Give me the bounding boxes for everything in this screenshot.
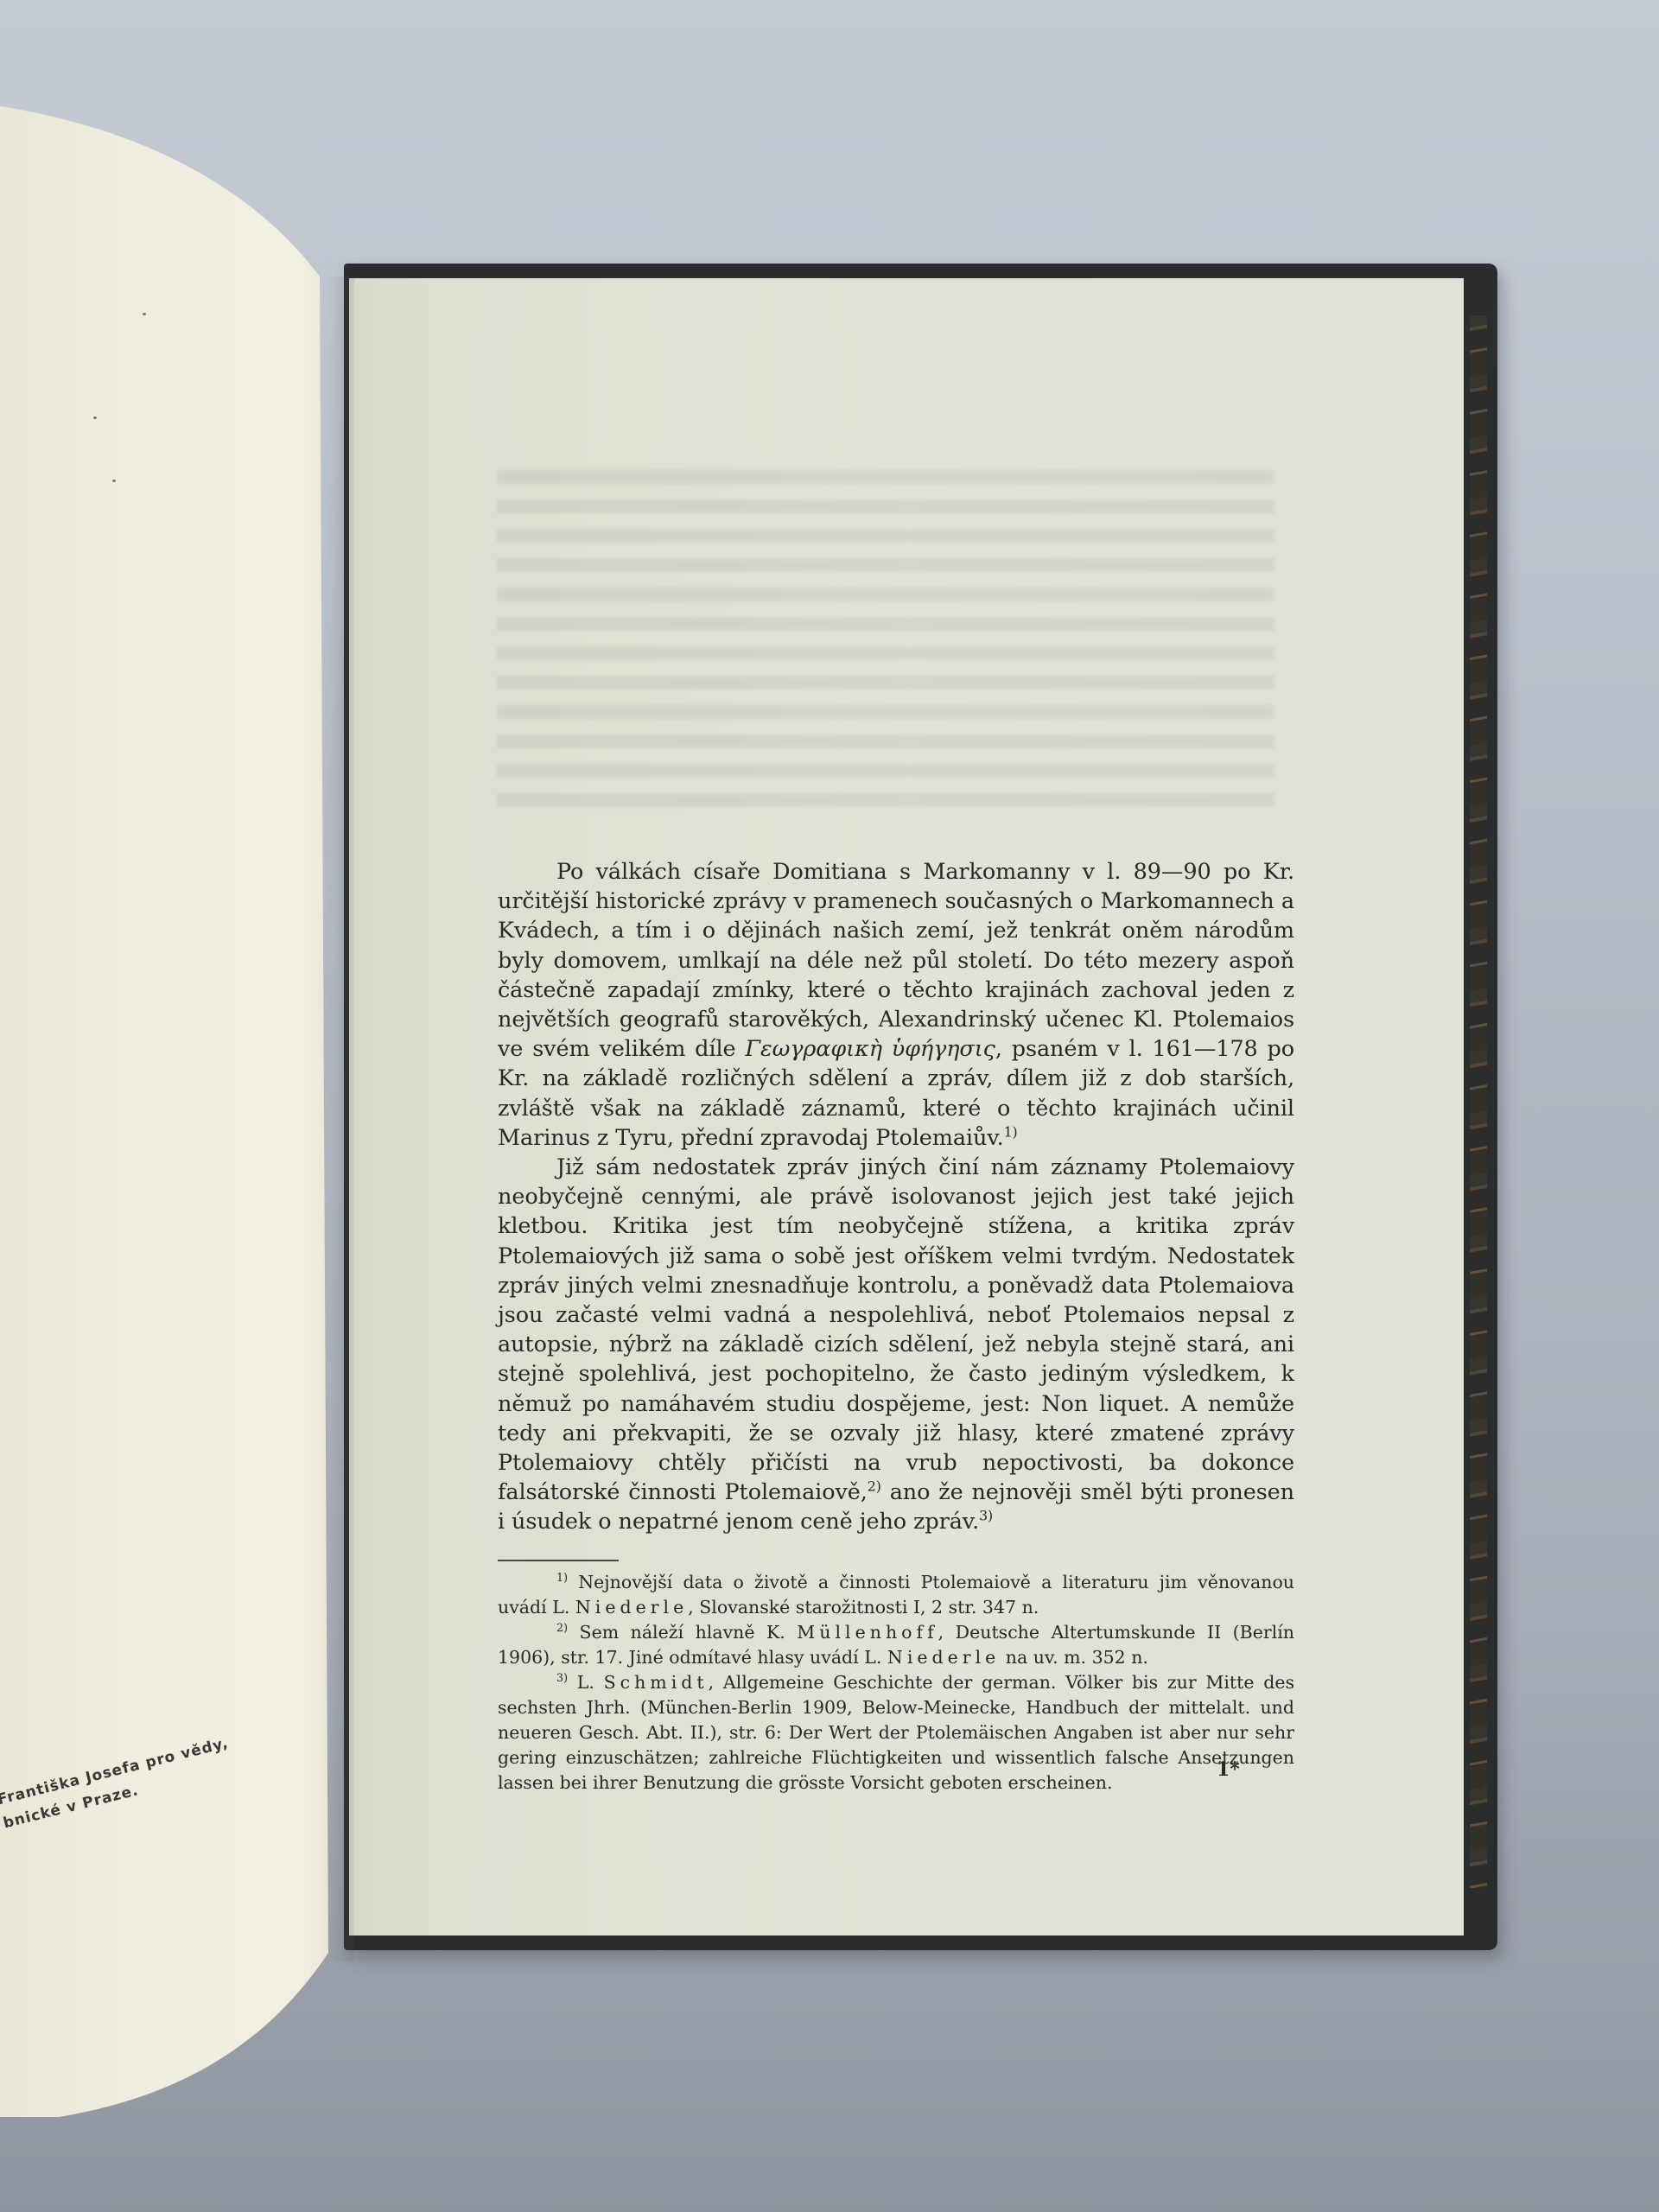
paragraph-1: Po válkách císaře Domitiana s Markomanny…	[498, 857, 1294, 1153]
footnote-1: 1) Nejnovější data o životě a činnosti P…	[498, 1570, 1294, 1620]
footnote-marker: 3)	[556, 1671, 568, 1684]
footnote-text: Sem náleží hlavně K.	[568, 1622, 797, 1643]
author-name: Niederle	[887, 1647, 1000, 1668]
page-body: Po válkách císaře Domitiana s Markomanny…	[498, 857, 1294, 1796]
photo-scene: Po válkách císaře Domitiana s Markomanny…	[0, 0, 1659, 2212]
author-name: Müllenhoff	[797, 1622, 938, 1643]
footnote-marker: 1)	[556, 1571, 568, 1584]
paragraph-text: Již sám nedostatek zpráv jiných činí nám…	[498, 1154, 1294, 1505]
footnote-ref-3: 3)	[979, 1508, 993, 1524]
marbled-board-edge	[1470, 315, 1487, 1888]
paper-speck	[112, 480, 116, 482]
show-through-text	[497, 458, 1274, 821]
footnote-divider	[498, 1560, 619, 1561]
footnote-marker: 2)	[556, 1621, 568, 1634]
footnote-3: 3) L. Schmidt, Allgemeine Geschichte der…	[498, 1670, 1294, 1796]
author-name: Schmidt	[604, 1672, 709, 1693]
footnote-text: na uv. m. 352 n.	[1000, 1647, 1148, 1668]
footnote-2: 2) Sem náleží hlavně K. Müllenhoff, Deut…	[498, 1620, 1294, 1670]
footnote-ref-1: 1)	[1004, 1123, 1018, 1140]
author-name: Niederle	[575, 1597, 688, 1618]
footnote-text: L.	[568, 1672, 604, 1693]
paper-speck	[143, 313, 146, 315]
gutter-shadow	[320, 276, 354, 1961]
paragraph-2: Již sám nedostatek zpráv jiných činí nám…	[498, 1153, 1294, 1537]
paper-speck	[93, 416, 97, 419]
greek-title: Γεωγραφικὴ ὑφήγησις	[745, 1036, 995, 1062]
footnote-ref-2: 2)	[868, 1478, 881, 1495]
paragraph-text: Po válkách císaře Domitiana s Markomanny…	[498, 859, 1294, 1062]
footnote-text: , Slovanské starožitnosti I, 2 str. 347 …	[688, 1597, 1039, 1618]
signature-mark: 1*	[1217, 1758, 1240, 1781]
